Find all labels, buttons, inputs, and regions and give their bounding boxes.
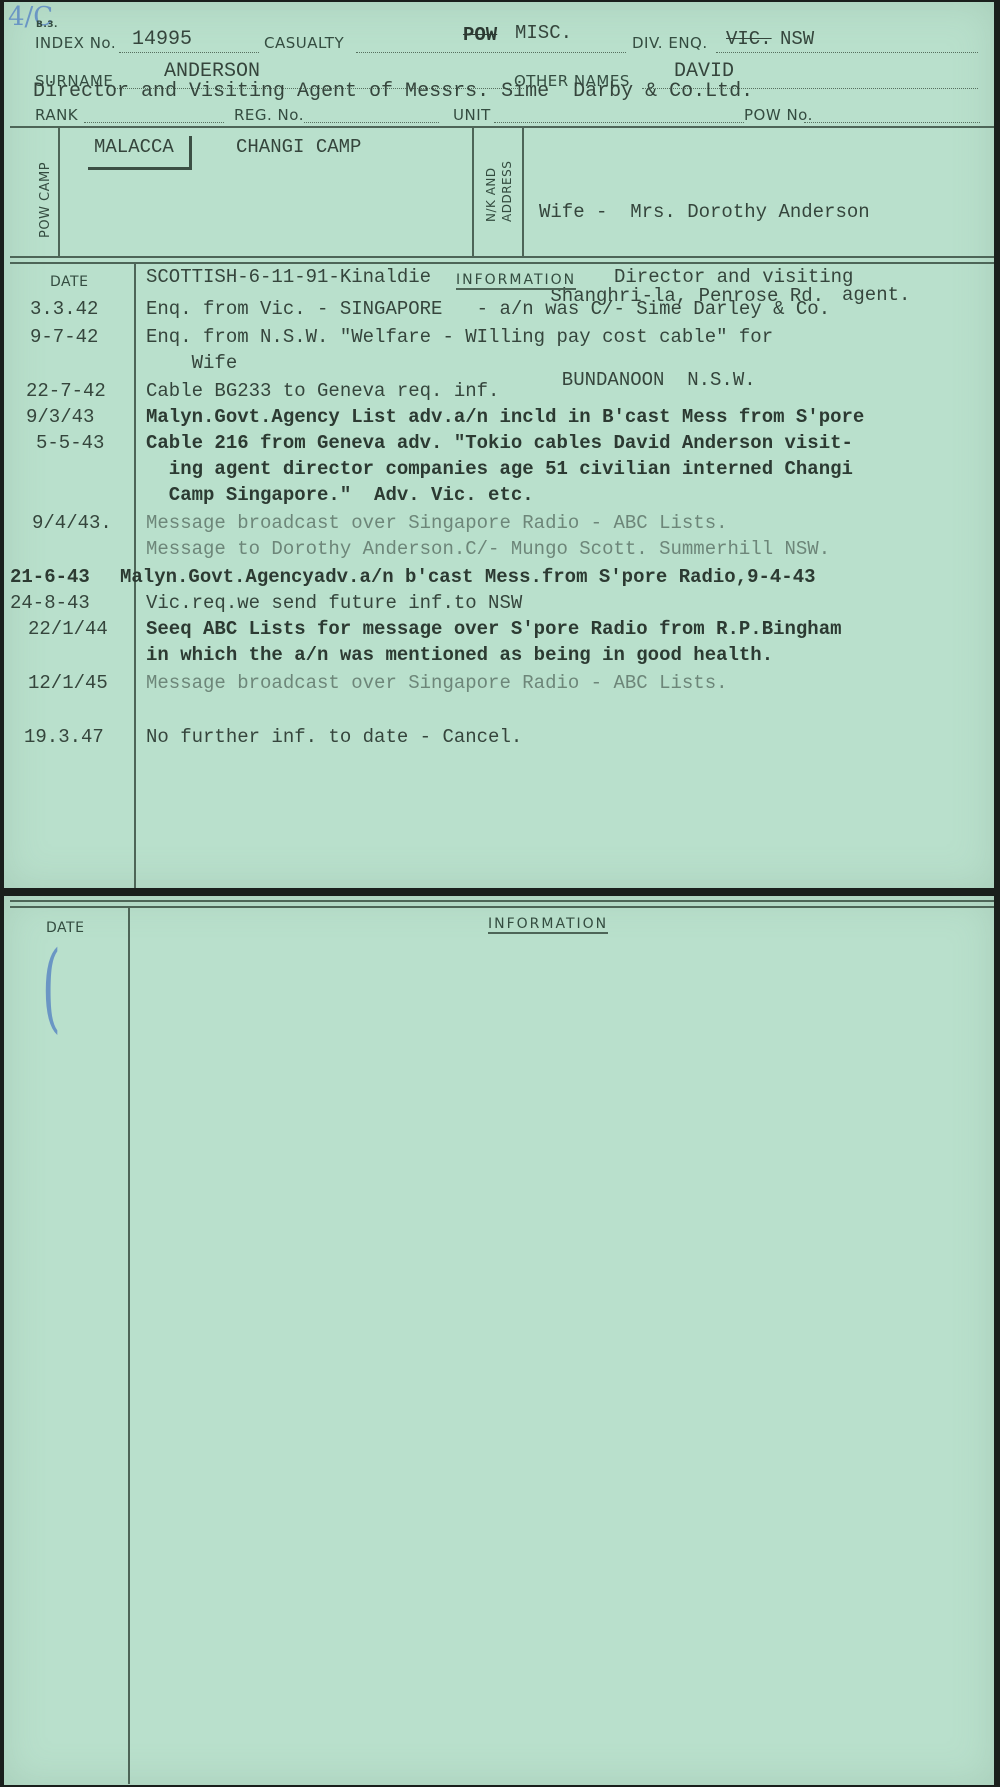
information-column-header: INFORMATION <box>456 272 576 290</box>
pow-no-label: POW No. <box>744 106 813 124</box>
info-header-suffix-2: agent. <box>842 284 910 306</box>
index-no-value: 14995 <box>132 28 192 51</box>
index-no-label: INDEX No. <box>35 34 116 52</box>
pow-camp-boxed-value: MALACCA <box>88 136 192 170</box>
entry-text-line: Malyn.Govt.Agencyadv.a/n b'cast Mess.fro… <box>120 566 816 588</box>
entry-date: 19.3.47 <box>24 726 104 748</box>
entry-date: 9/3/43 <box>26 406 94 428</box>
entry-text-line: Camp Singapore." Adv. Vic. etc. <box>146 484 534 506</box>
div-enq-label: DIV. ENQ. <box>632 34 708 52</box>
entry-text-line: Cable BG233 to Geneva req. inf. <box>146 380 499 402</box>
entry-date: 21-6-43 <box>10 566 90 588</box>
form-code: B.3. <box>36 20 58 30</box>
entry-text-line: Vic.req.we send future inf.to NSW <box>146 592 522 614</box>
entry-text-line: Message broadcast over Singapore Radio -… <box>146 672 728 694</box>
div-enq-value: NSW <box>780 28 814 50</box>
entry-date: 3.3.42 <box>30 298 98 320</box>
casualty-label: CASUALTY <box>264 34 344 52</box>
nk-address-line: Wife - Mrs. Dorothy Anderson <box>539 198 870 226</box>
entry-date: 22-7-42 <box>26 380 106 402</box>
entry-text-line: Message broadcast over Singapore Radio -… <box>146 512 728 534</box>
entry-date: 24-8-43 <box>10 592 90 614</box>
nk-label-1: N/K AND <box>484 167 498 222</box>
entry-date: 22/1/44 <box>28 618 108 640</box>
entry-text-line: Enq. from Vic. - SINGAPORE - a/n was C/-… <box>146 298 830 320</box>
pow-camp-label: POW CAMP <box>38 162 53 238</box>
handwritten-mark: ( <box>42 932 61 1044</box>
rank-label: RANK <box>35 106 78 124</box>
reg-no-label: REG. No. <box>234 106 304 124</box>
entry-text-line: Malyn.Govt.Agency List adv.a/n incld in … <box>146 406 864 428</box>
nk-address: Wife - Mrs. Dorothy Anderson Shanghri-la… <box>539 142 870 450</box>
date-column-header: DATE <box>50 274 88 290</box>
entry-text-line: in which the a/n was mentioned as being … <box>146 644 773 666</box>
index-card-front: 4/C B.3. INDEX No. 14995 CASUALTY POW MI… <box>4 2 994 888</box>
entry-date: 9/4/43. <box>32 512 112 534</box>
casualty-struck-value: POW <box>463 24 497 46</box>
nk-label-2: ADDRESS <box>500 161 514 222</box>
info-header-suffix: Director and visiting <box>614 266 853 288</box>
info-prefix: SCOTTISH-6-11-91-Kinaldie <box>146 266 431 288</box>
nk-address-line: BUNDANOON N.S.W. <box>539 366 870 394</box>
entry-date: 9-7-42 <box>30 326 98 348</box>
casualty-value: MISC. <box>515 22 572 44</box>
pow-camp-value: CHANGI CAMP <box>236 136 361 158</box>
entry-text-line: Message to Dorothy Anderson.C/- Mungo Sc… <box>146 538 830 560</box>
unit-label: UNIT <box>453 106 491 124</box>
entry-date: 12/1/45 <box>28 672 108 694</box>
entry-text-line: No further inf. to date - Cancel. <box>146 726 522 748</box>
entry-text-line: Cable 216 from Geneva adv. "Tokio cables… <box>146 432 853 454</box>
index-card-back: DATE INFORMATION ( <box>4 896 994 1785</box>
entry-text-line: Wife <box>146 352 237 374</box>
div-enq-struck-value: VIC. <box>726 28 772 50</box>
entry-text-line: ing agent director companies age 51 civi… <box>146 458 853 480</box>
information-column-header: INFORMATION <box>488 916 608 934</box>
entry-date: 5-5-43 <box>36 432 104 454</box>
entry-text-line: Enq. from N.S.W. "Welfare - WIlling pay … <box>146 326 773 348</box>
entry-text-line: Seeq ABC Lists for message over S'pore R… <box>146 618 842 640</box>
occupation-line: Director and Visiting Agent of Messrs. S… <box>33 80 753 103</box>
